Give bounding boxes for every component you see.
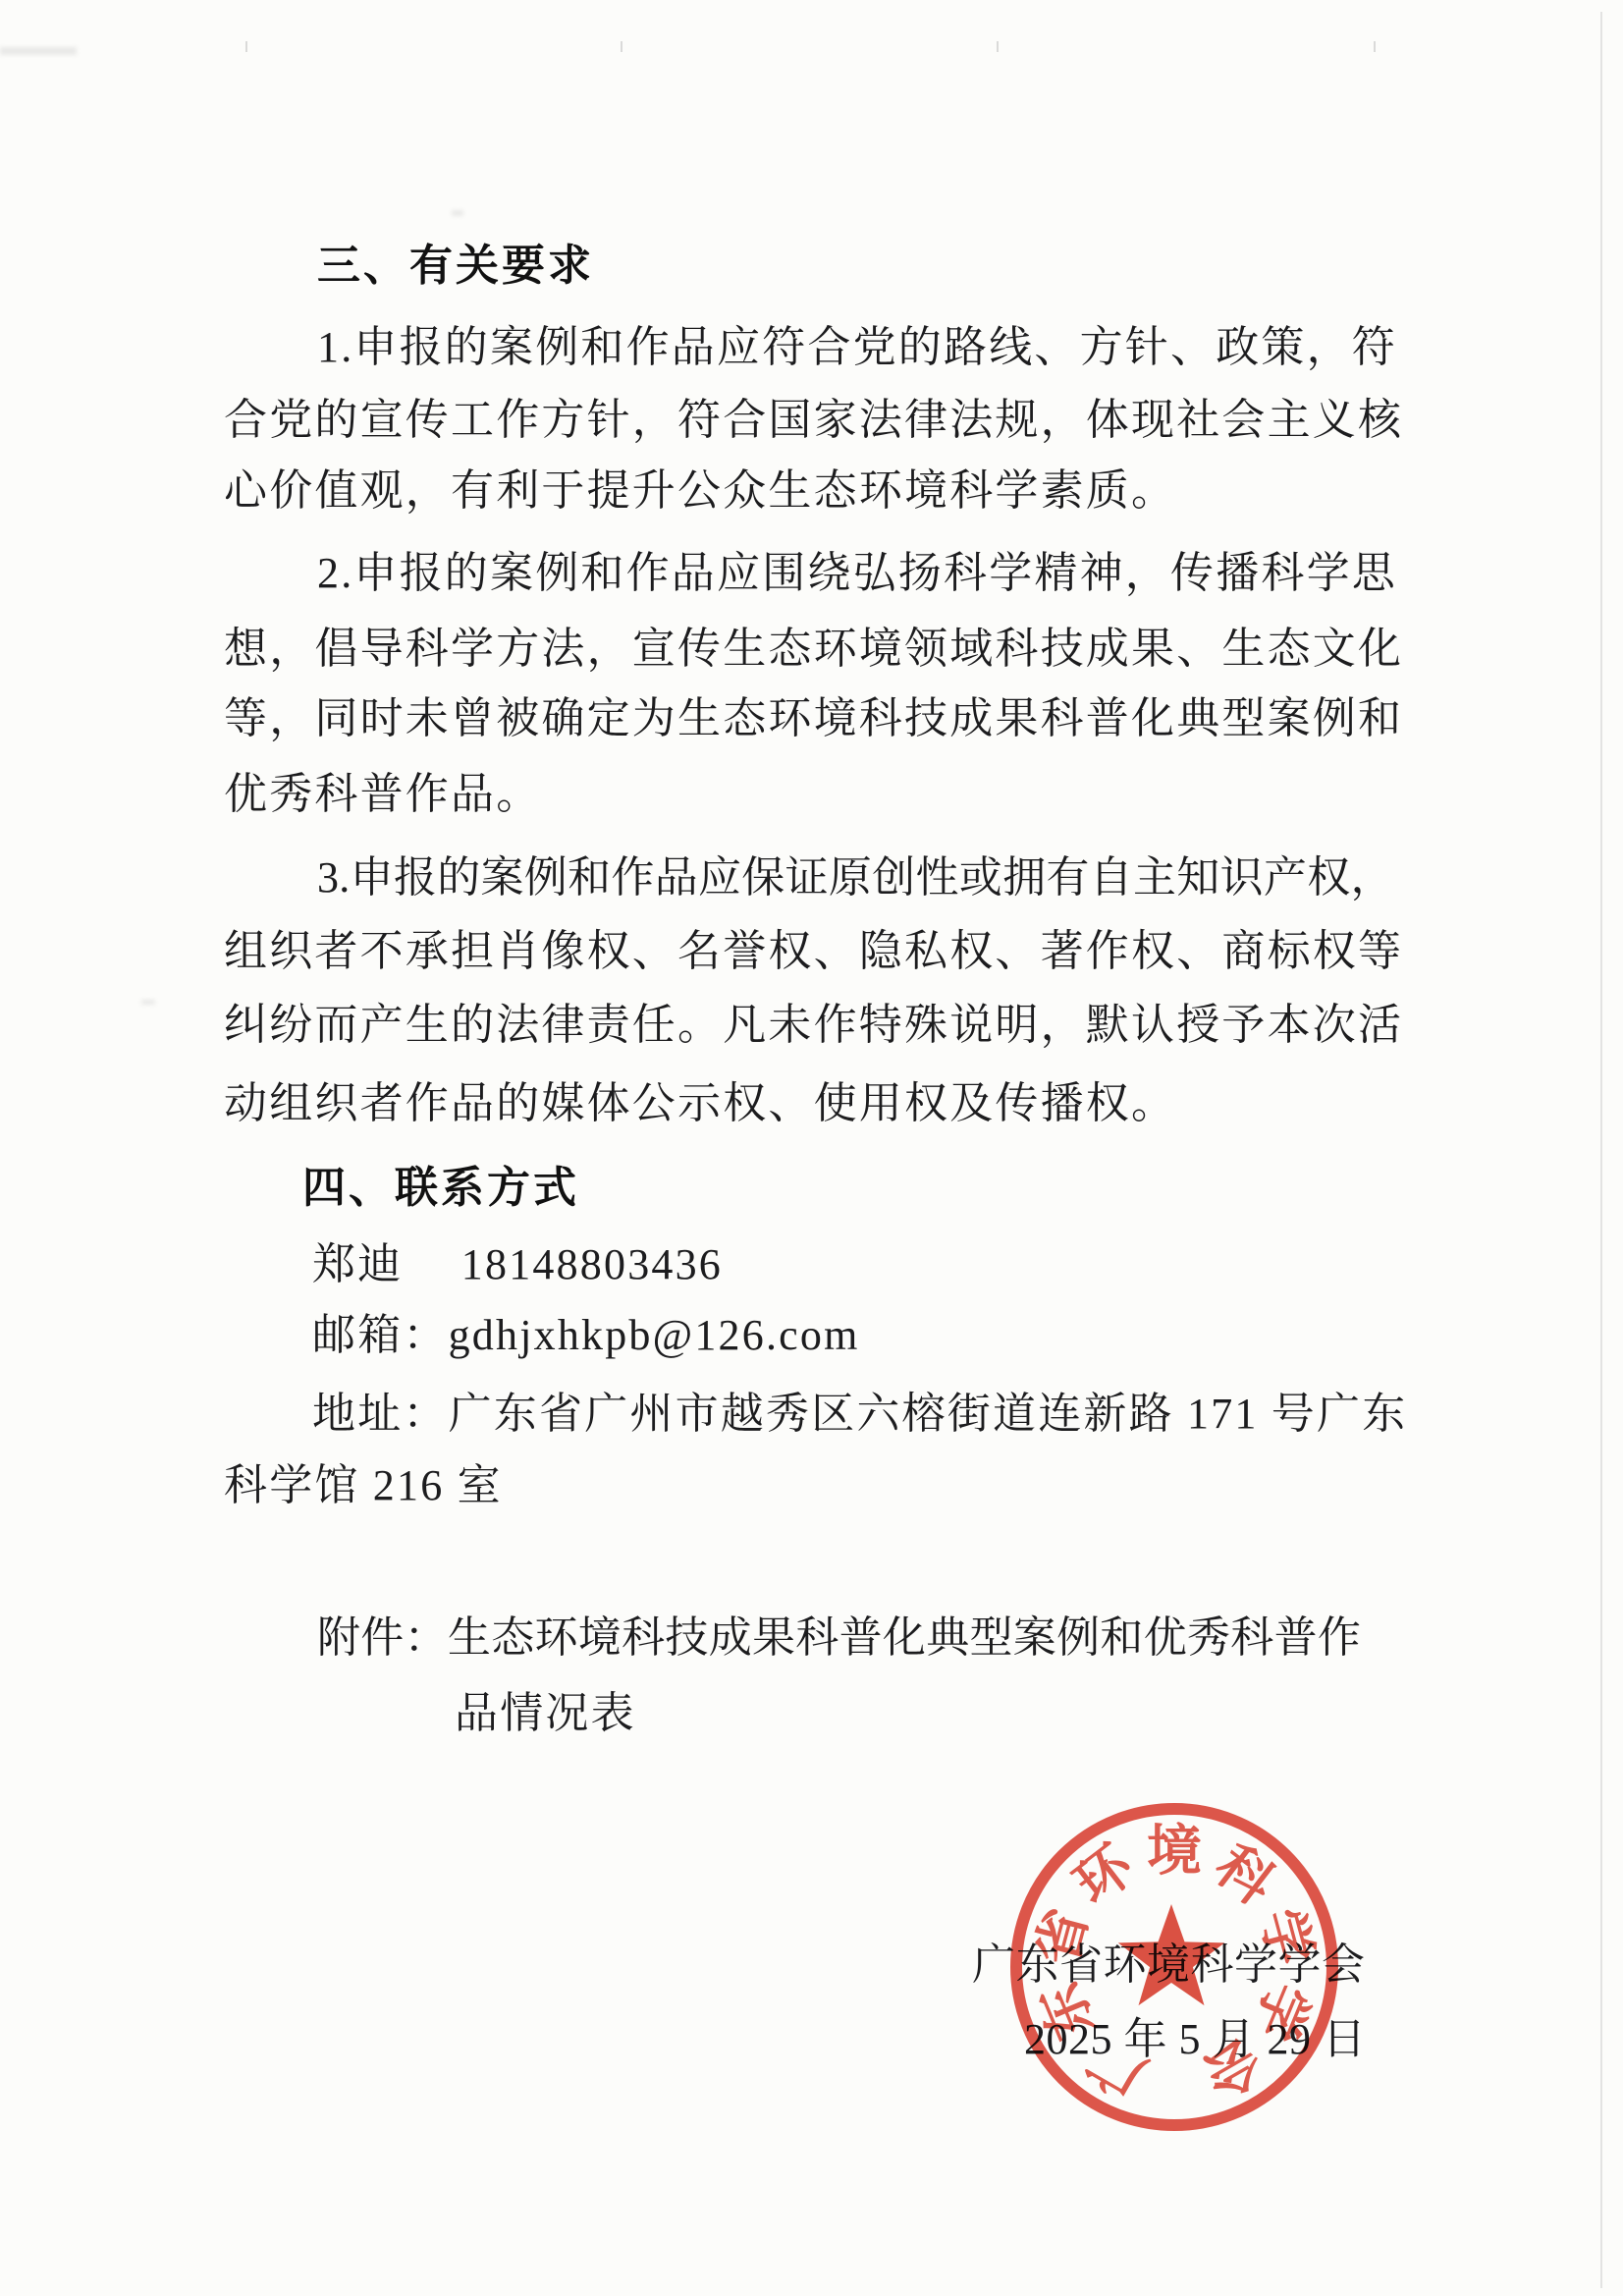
heading-requirements: 三、有关要求 xyxy=(317,243,594,290)
requirement-3-line-3: 纠纷而产生的法律责任。凡未作特殊说明，默认授予本次活 xyxy=(224,1002,1403,1049)
scan-artifact xyxy=(245,41,247,52)
heading-contact: 四、联系方式 xyxy=(302,1165,579,1212)
seal-ring-char: 学 xyxy=(1249,1903,1322,1972)
requirement-2-line-4: 优秀科普作品。 xyxy=(224,771,541,818)
contact-address-line-1: 地址：广东省广州市越秀区六榕街道连新路 171 号广东 xyxy=(312,1391,1407,1438)
requirement-3-line-2: 组织者不承担肖像权、名誉权、隐私权、著作权、商标权等 xyxy=(224,928,1403,975)
seal-star-icon xyxy=(1118,1904,1224,2005)
requirement-2-line-1: 2.申报的案例和作品应围绕弘扬科学精神，传播科学思 xyxy=(317,550,1397,597)
requirement-1-line-3: 心价值观，有利于提升公众生态环境科学素质。 xyxy=(224,467,1176,515)
scanned-notice-page: 三、有关要求 1.申报的案例和作品应符合党的路线、方针、政策，符 合党的宣传工作… xyxy=(0,0,1623,2296)
requirement-2-line-2: 想，倡导科学方法，宣传生态环境领域科技成果、生态文化 xyxy=(224,626,1403,673)
scan-artifact xyxy=(141,1000,155,1005)
scan-artifact xyxy=(997,41,999,52)
requirement-1-line-1: 1.申报的案例和作品应符合党的路线、方针、政策，符 xyxy=(317,324,1397,371)
requirement-3-line-1: 3.申报的案例和作品应保证原创性或拥有自主知识产权， xyxy=(317,854,1394,902)
seal-ring-char: 东 xyxy=(1030,1974,1108,2048)
scan-artifact xyxy=(621,41,622,52)
scan-artifact xyxy=(452,210,463,216)
official-seal-stamp: 广 东 省 环 境 科 学 学 会 xyxy=(988,1780,1361,2154)
attachment-line-1: 附件：生态环境科技成果科普化典型案例和优秀科普作 xyxy=(317,1614,1361,1662)
contact-email-line: 邮箱：gdhjxhkpb@126.com xyxy=(312,1312,860,1359)
scan-artifact xyxy=(1374,41,1376,52)
contact-address-line-2: 科学馆 216 室 xyxy=(224,1462,503,1509)
requirement-3-line-4: 动组织者作品的媒体公示权、使用权及传播权。 xyxy=(224,1080,1176,1127)
seal-ring-char: 学 xyxy=(1242,1974,1320,2048)
requirement-1-line-2: 合党的宣传工作方针，符合国家法律法规，体现社会主义核 xyxy=(224,397,1403,444)
attachment-line-2: 品情况表 xyxy=(455,1690,636,1737)
seal-ring-char: 境 xyxy=(1147,1822,1202,1883)
scan-artifact xyxy=(0,47,77,55)
seal-ring-char: 省 xyxy=(1027,1903,1100,1972)
scan-edge-line xyxy=(1600,12,1602,2288)
contact-name-phone-line: 郑迪 18148803436 xyxy=(312,1241,723,1288)
requirement-2-line-3: 等，同时未曾被确定为生态环境科技成果科普化典型案例和 xyxy=(224,695,1403,742)
